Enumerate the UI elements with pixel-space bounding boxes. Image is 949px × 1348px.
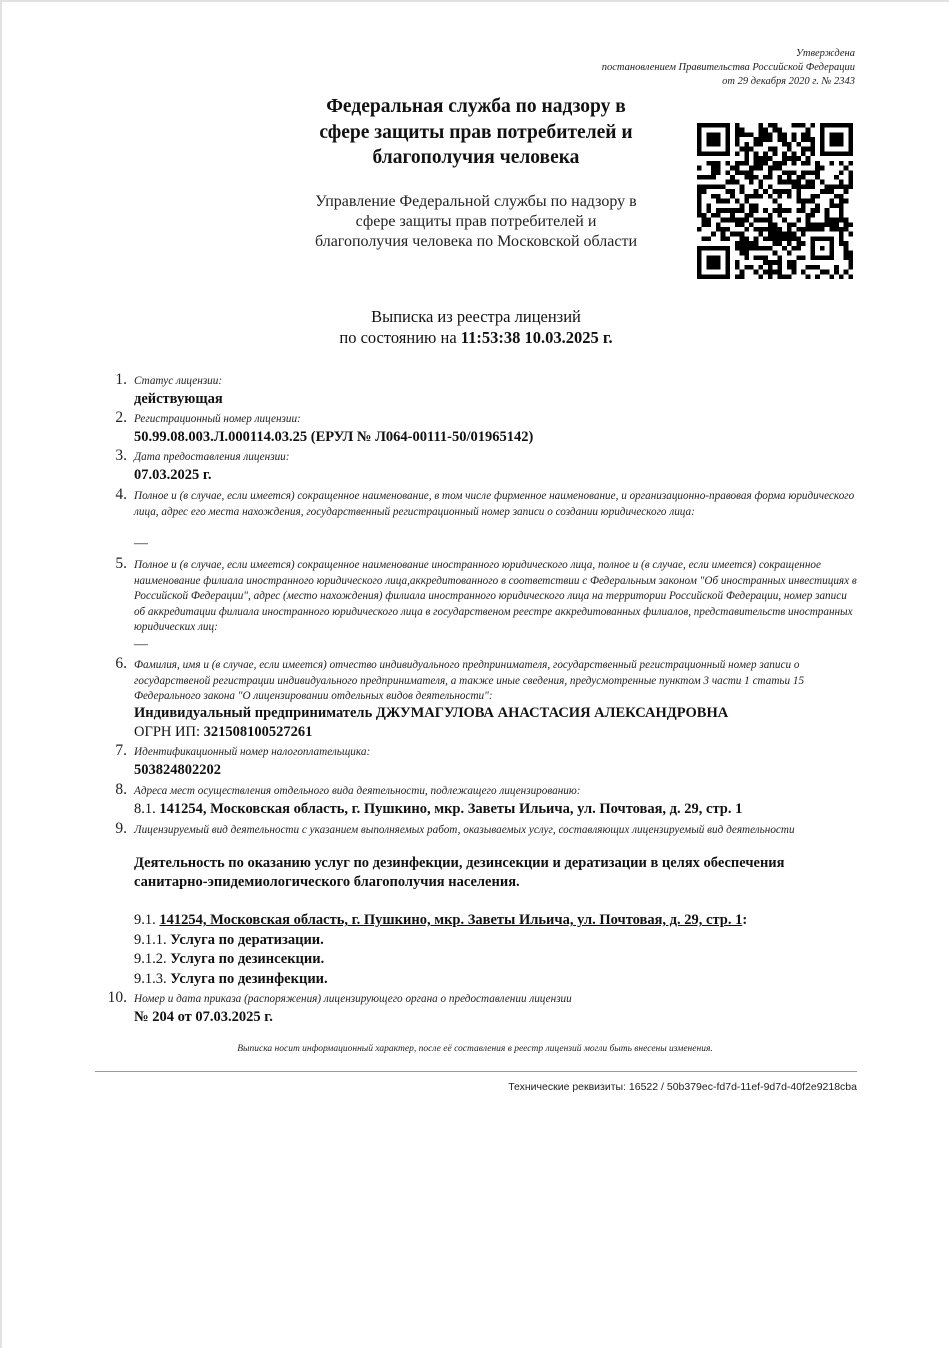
approval-line: Утверждена [602,47,855,61]
empty-value-dash: — [134,537,148,551]
agency-title-line: благополучия человека [286,145,666,171]
ogrn-label: ОГРН ИП: [134,724,204,740]
department-line: Управление Федеральной службы по надзору… [286,192,666,212]
item-number: 9. [100,821,127,837]
item-number: 5. [100,556,127,572]
item-label: Регистрационный номер лицензии: [134,412,859,428]
agency-title-line: Федеральная служба по надзору в [286,94,666,120]
sub-item-number: 9.1.1. [134,932,170,948]
item-number: 3. [100,448,127,464]
tax-id-value: 503824802202 [134,761,859,780]
activity-address: 141254, Московская область, г. Пушкино, … [159,801,742,817]
item-label: Дата предоставления лицензии: [134,450,859,466]
department-name: Управление Федеральной службы по надзору… [286,192,666,252]
order-value: № 204 от 07.03.2025 г. [134,1008,859,1027]
page-edge [0,0,2,1348]
sub-item-number: 9.1.3. [134,971,170,987]
approval-line: постановлением Правительства Российской … [602,61,855,75]
item-label: Полное и (в случае, если имеется) сокращ… [134,489,859,520]
service-item: Услуга по дератизации. [170,932,324,948]
activity-address-link: 141254, Московская область, г. Пушкино, … [159,912,742,928]
ogrn-value: 321508100527261 [204,724,313,740]
item-label: Статус лицензии: [134,374,859,390]
licensed-activity-value: Деятельность по оказанию услуг по дезинф… [134,854,859,892]
agency-title: Федеральная служба по надзору в сфере за… [286,94,666,171]
item-label: Адреса мест осуществления отдельного вид… [134,784,859,800]
disclaimer: Выписка носит информационный характер, п… [95,1043,855,1055]
extract-heading: Выписка из реестра лицензий [270,306,682,327]
item-label: Лицензируемый вид деятельности с указани… [134,823,859,839]
license-status-value: действующая [134,390,859,409]
registration-number-value: 50.99.08.003.Л.000114.03.25 (ЕРУЛ № Л064… [134,428,859,447]
item-label: Идентификационный номер налогоплательщик… [134,745,859,761]
as-of-label: по состоянию на [339,328,460,347]
item-number: 2. [100,410,127,426]
sub-item-number: 9.1. [134,912,159,928]
item-number: 8. [100,782,127,798]
issue-date-value: 07.03.2025 г. [134,466,859,485]
sub-item-number: 8.1. [134,801,159,817]
item-number: 1. [100,372,127,388]
address-suffix: : [742,912,747,928]
approval-line: от 29 декабря 2020 г. № 2343 [602,75,855,89]
item-number: 10. [100,990,127,1006]
department-line: благополучия человека по Московской обла… [286,232,666,252]
as-of-timestamp: 11:53:38 10.03.2025 г. [461,328,613,347]
service-item: Услуга по дезинсекции. [170,951,324,967]
service-item: Услуга по дезинфекции. [170,971,327,987]
empty-value-dash: — [134,638,148,652]
extract-title: Выписка из реестра лицензий по состоянию… [270,306,682,348]
department-line: сфере защиты прав потребителей и [286,212,666,232]
approval-note: Утверждена постановлением Правительства … [602,47,855,89]
extract-as-of: по состоянию на 11:53:38 10.03.2025 г. [270,327,682,348]
item-number: 6. [100,656,127,672]
page-edge [0,0,949,2]
item-number: 4. [100,487,127,503]
sub-item-number: 9.1.2. [134,951,170,967]
technical-details: Технические реквизиты: 16522 / 50b379ec-… [508,1081,857,1094]
entrepreneur-name: Индивидуальный предприниматель ДЖУМАГУЛО… [134,704,859,723]
qr-code-icon [696,123,854,279]
item-label: Фамилия, имя и (в случае, если имеется) … [134,658,859,705]
item-label: Номер и дата приказа (распоряжения) лице… [134,992,859,1008]
divider [95,1071,857,1072]
agency-title-line: сфере защиты прав потребителей и [286,120,666,146]
item-number: 7. [100,743,127,759]
item-label: Полное и (в случае, если имеется) сокращ… [134,558,859,636]
